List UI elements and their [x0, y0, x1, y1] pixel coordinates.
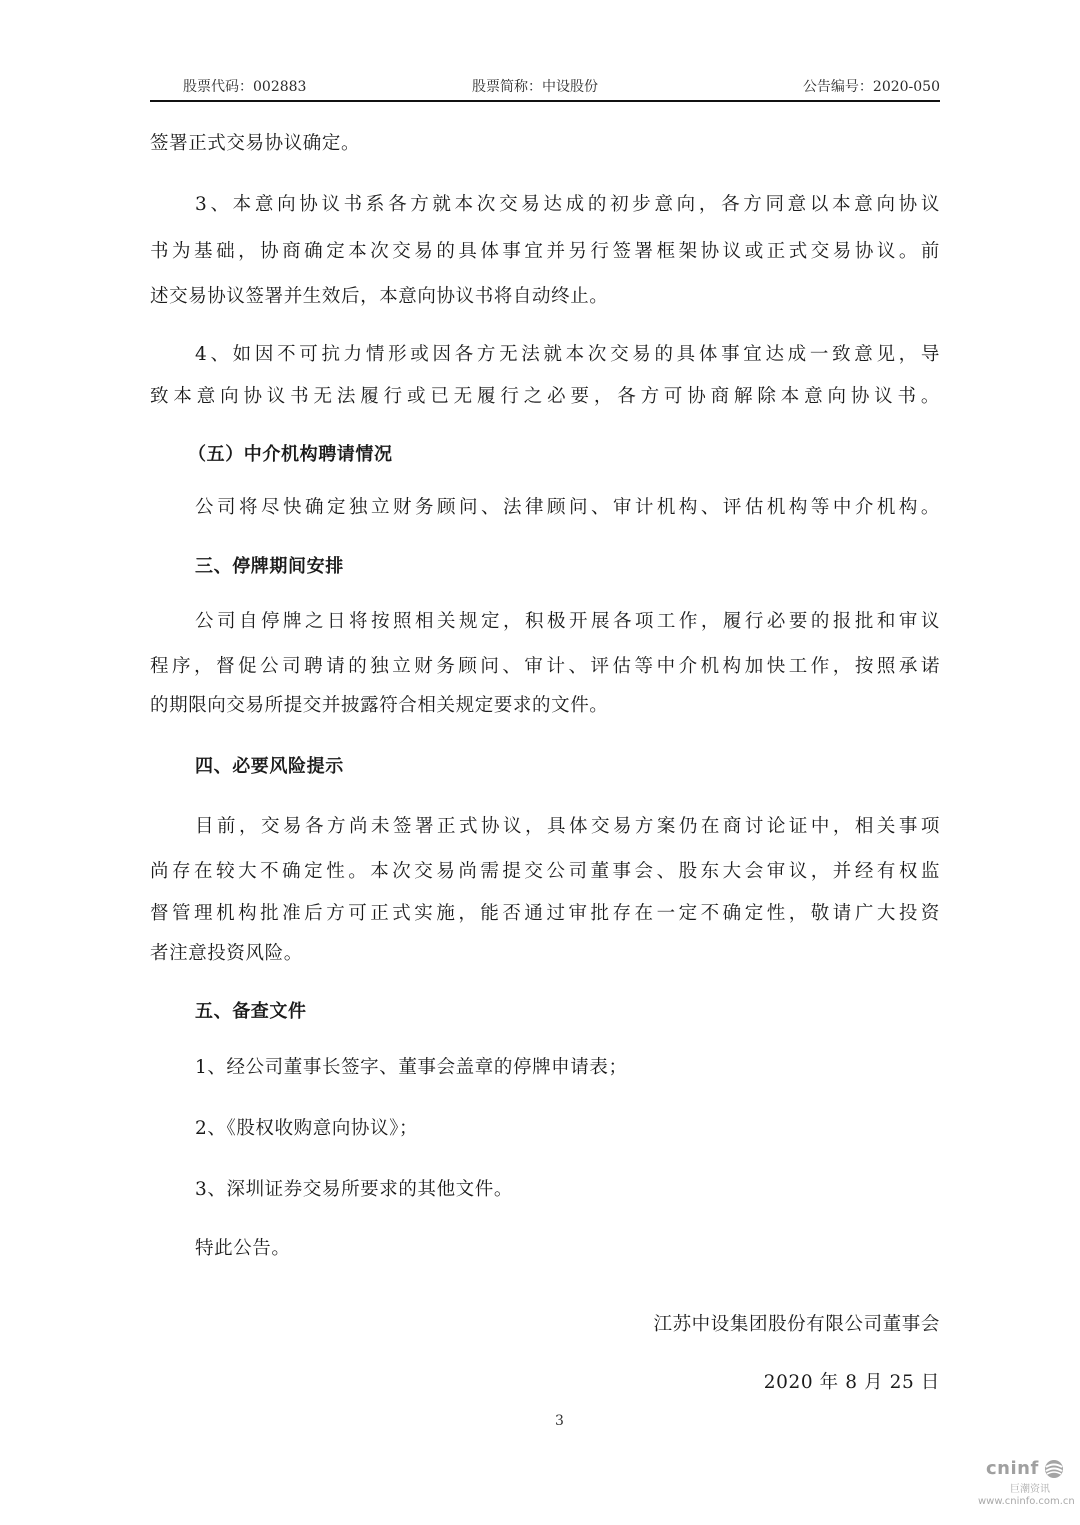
- list-item: 1、经公司董事长签字、董事会盖章的停牌申请表；: [195, 1056, 628, 1080]
- cninfo-swirl-icon: [1044, 1459, 1064, 1479]
- body-line: 书为基础，协商确定本次交易的具体事宜并另行签署框架协议或正式交易协议。前: [150, 240, 940, 264]
- list-item: 2、《股权收购意向协议》；: [195, 1117, 418, 1141]
- body-line: 签署正式交易协议确定。: [150, 132, 360, 156]
- announcement-number: 公告编号：2020-050: [803, 76, 940, 96]
- cninfo-watermark: cninf 巨潮资讯 www.cninfo.com.cn: [972, 1458, 1078, 1522]
- watermark-brand: cninf: [986, 1458, 1039, 1479]
- body-line: 4、如因不可抗力情形或因各方无法就本次交易的具体事宜达成一致意见，导: [195, 343, 940, 367]
- watermark-url: www.cninfo.com.cn: [978, 1496, 1075, 1507]
- body-line: 3、本意向协议书系各方就本次交易达成的初步意向，各方同意以本意向协议: [195, 193, 940, 217]
- body-line: 的期限向交易所提交并披露符合相关规定要求的文件。: [150, 694, 608, 718]
- signature-company: 江苏中设集团股份有限公司董事会: [653, 1313, 940, 1337]
- watermark-cn-name: 巨潮资讯: [1010, 1480, 1050, 1495]
- body-line: 公司自停牌之日将按照相关规定，积极开展各项工作，履行必要的报批和审议: [195, 610, 940, 634]
- header-divider: [150, 100, 940, 102]
- body-line: 公司将尽快确定独立财务顾问、法律顾问、审计机构、评估机构等中介机构。: [195, 496, 940, 520]
- body-line: 督管理机构批准后方可正式实施，能否通过审批存在一定不确定性，敬请广大投资: [150, 902, 940, 926]
- stock-code: 股票代码：002883: [183, 76, 306, 96]
- section-heading: 三、停牌期间安排: [195, 555, 344, 579]
- section-heading: 四、必要风险提示: [195, 755, 344, 779]
- closing-text: 特此公告。: [195, 1237, 291, 1261]
- stock-name: 股票简称：中设股份: [472, 76, 598, 96]
- body-line: 目前，交易各方尚未签署正式协议，具体交易方案仍在商讨论证中，相关事项: [195, 815, 940, 839]
- body-line: 尚存在较大不确定性。本次交易尚需提交公司董事会、股东大会审议，并经有权监: [150, 860, 940, 884]
- subsection-heading: （五）中介机构聘请情况: [188, 443, 393, 467]
- signature-date: 2020 年 8 月 25 日: [764, 1371, 940, 1395]
- body-line: 程序，督促公司聘请的独立财务顾问、审计、评估等中介机构加快工作，按照承诺: [150, 655, 940, 679]
- page-header: 股票代码：002883 股票简称：中设股份 公告编号：2020-050: [150, 76, 940, 102]
- page-number: 3: [555, 1413, 564, 1429]
- section-heading: 五、备查文件: [195, 1000, 307, 1024]
- list-item: 3、深圳证券交易所要求的其他文件。: [195, 1178, 513, 1202]
- body-line: 者注意投资风险。: [150, 942, 303, 966]
- body-line: 述交易协议签署并生效后，本意向协议书将自动终止。: [150, 285, 608, 309]
- body-line: 致本意向协议书无法履行或已无履行之必要，各方可协商解除本意向协议书。: [150, 385, 940, 409]
